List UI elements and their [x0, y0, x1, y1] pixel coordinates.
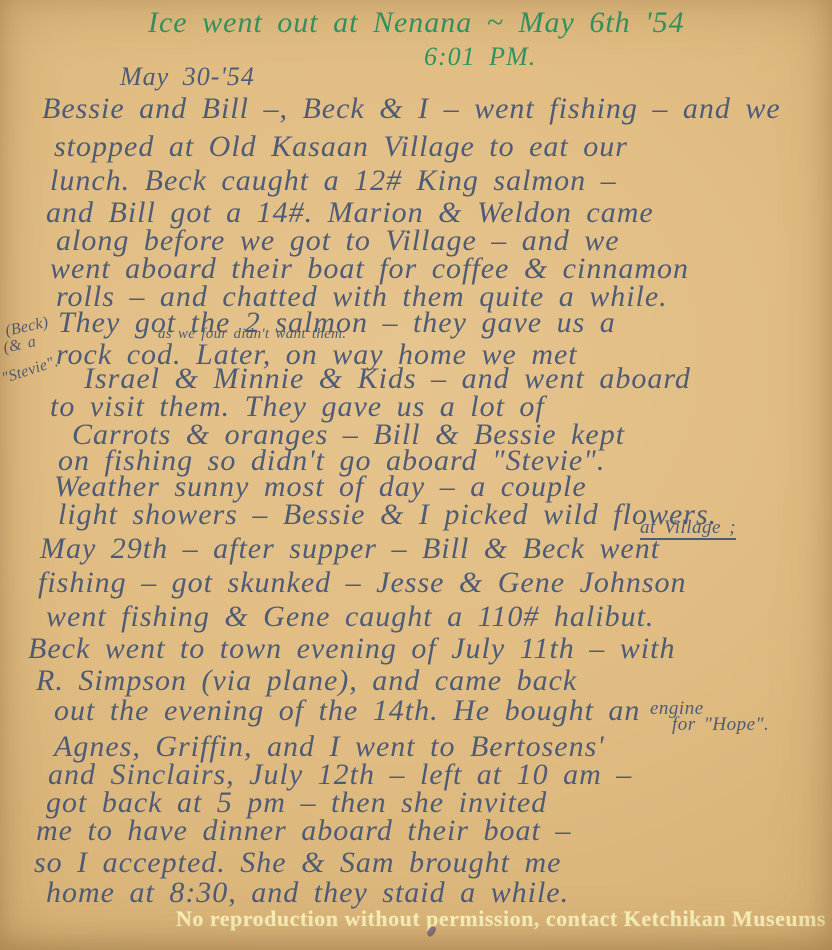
diary-line: so I accepted. She & Sam brought me — [34, 848, 561, 878]
diary-line: fishing – got skunked – Jesse & Gene Joh… — [38, 568, 687, 598]
header-ice-line: Ice went out at Nenana ~ May 6th '54 — [148, 8, 685, 38]
diary-line: May 29th – after supper – Bill & Beck we… — [40, 534, 660, 564]
diary-line: out the evening of the 14th. He bought a… — [54, 696, 640, 726]
margin-note-stevie: "Stevie". — [0, 354, 60, 387]
diary-line: stopped at Old Kasaan Village to eat our — [54, 132, 628, 162]
header-time: 6:01 PM. — [424, 44, 536, 70]
insertion-note-for-hope: for "Hope". — [672, 715, 769, 734]
entry-date-may-30: May 30-'54 — [120, 64, 255, 90]
diary-line: lunch. Beck caught a 12# King salmon – — [50, 166, 617, 196]
diary-page-scan: Ice went out at Nenana ~ May 6th '54 6:0… — [0, 0, 832, 950]
diary-line: light showers – Bessie & I picked wild f… — [58, 500, 717, 530]
diary-line: went fishing & Gene caught a 110# halibu… — [46, 602, 654, 632]
diary-line: me to have dinner aboard their boat – — [36, 816, 571, 846]
diary-line: Bessie and Bill –, Beck & I – went fishi… — [42, 94, 781, 124]
diary-line: R. Simpson (via plane), and came back — [36, 666, 577, 696]
diary-line: Beck went to town evening of July 11th –… — [28, 634, 675, 664]
watermark-text: No reproduction without permission, cont… — [176, 906, 826, 932]
diary-line: home at 8:30, and they staid a while. — [46, 878, 569, 908]
